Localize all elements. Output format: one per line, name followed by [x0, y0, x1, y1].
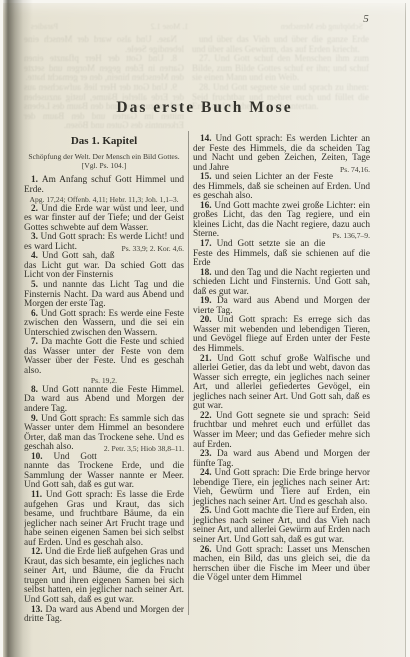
- verse-4: 4. Und Gott sah, daß das Licht gut war. …: [24, 252, 184, 281]
- verse-number: 9.: [31, 414, 41, 424]
- verse-7: 7. Da machte Gott die Feste und schied d…: [24, 338, 184, 376]
- book-title: Das erste Buch Mose: [3, 99, 406, 117]
- verse-number: 5.: [31, 280, 43, 290]
- verse-19: 19. Da ward aus Abend und Morgen der vie…: [193, 297, 370, 316]
- verse-number: 11.: [31, 490, 46, 500]
- verse-number: 23.: [200, 449, 217, 459]
- verse-5: 5. und nannte das Licht Tag und die Fins…: [24, 281, 184, 310]
- chapter-subtitle-line1: Schöpfung der Welt. Der Mensch ein Bild …: [24, 152, 184, 161]
- verse-11: 11. Und Gott sprach: Es lasse die Erde a…: [24, 491, 184, 548]
- bleedthrough-header-center: 1. Mose 1.2: [151, 22, 189, 32]
- chapter-heading: Das 1. Kapitel: [24, 135, 184, 147]
- verse-6: 6. Und Gott sprach: Es werde eine Feste …: [24, 310, 184, 339]
- verse-8: 8. Und Gott nannte die Feste Himmel. Da …: [24, 386, 184, 415]
- verse-number: 22.: [200, 411, 216, 421]
- verse-15: 15. und seien Lichter an der Feste des H…: [193, 173, 370, 202]
- page-number: 5: [359, 13, 373, 25]
- bleedthrough-header-left: Schöpfung des Menschen: [281, 22, 363, 32]
- verse-14: 14. Und Gott sprach: Es werden Lichter a…: [193, 135, 370, 173]
- verse-3: 3. Und Gott sprach: Es werde Licht! und …: [24, 233, 184, 252]
- cross-reference: Ps. 33,9; 2. Kor. 4,6.: [115, 243, 184, 254]
- verse-number: 16.: [200, 201, 214, 211]
- verse-number: 26.: [200, 545, 216, 555]
- verse-21: 21. Und Gott schuf große Walfische und a…: [193, 355, 370, 412]
- verse-number: 8.: [31, 385, 42, 395]
- bleedthrough-running-header: Schöpfung des Menschen 1. Mose 1.2 Parad…: [31, 22, 363, 32]
- verse-number: 2.: [31, 204, 41, 214]
- verse-20: 20. Und Gott sprach: Es errege sich das …: [193, 316, 370, 354]
- bleedthrough-text-right: und über das Vieh und über die ganze Erd…: [192, 35, 369, 135]
- verse-number: 19.: [200, 296, 217, 306]
- verse-24: 24. Und Gott sprach: Die Erde bringe her…: [193, 469, 370, 507]
- verse-17: 17. Und Gott setzte sie an die Feste des…: [193, 240, 370, 269]
- verse-number: 14.: [200, 134, 215, 144]
- bleedthrough-text-left: Nase. Und also ward der Mensch eine lebe…: [24, 35, 184, 132]
- verse-number: 10.: [31, 452, 53, 462]
- verse-13: 13. Da ward aus Abend und Morgen der dri…: [24, 606, 184, 625]
- verse-number: 15.: [200, 172, 215, 182]
- bleedthrough-paragraph: Nase. Und also ward der Mensch eine lebe…: [24, 35, 184, 54]
- verse-number: 21.: [200, 354, 217, 364]
- left-column: Das 1. Kapitel Schöpfung der Welt. Der M…: [24, 131, 184, 636]
- verse-number: 4.: [31, 251, 42, 261]
- verse-9: 9. Und Gott sprach: Es sammle sich das W…: [24, 415, 184, 453]
- verse-2: 2. Und die Erde war wüst und leer, und e…: [24, 205, 184, 234]
- chapter-subtitle: Schöpfung der Welt. Der Mensch ein Bild …: [24, 152, 184, 170]
- right-column: 14. Und Gott sprach: Es werden Lichter a…: [193, 131, 370, 636]
- verse-1: 1. Am Anfang schuf Gott Himmel und Erde.: [24, 176, 184, 195]
- verse-25: 25. Und Gott machte die Tiere auf Erden,…: [193, 507, 370, 545]
- verses-right: 14. Und Gott sprach: Es werden Lichter a…: [193, 135, 370, 584]
- verse-number: 3.: [31, 232, 41, 242]
- verse-26: 26. Und Gott sprach: Lasset uns Menschen…: [193, 546, 370, 584]
- verse-number: 18.: [200, 268, 214, 278]
- cross-reference: 2. Petr. 3,5; Hiob 38,8–11.: [97, 443, 184, 454]
- verse-16: 16. Und Gott machte zwei große Lichter: …: [193, 202, 370, 240]
- verse-10: 10. Und Gott nannte das Trockene Erde, u…: [24, 453, 184, 491]
- verse-number: 17.: [200, 239, 217, 249]
- scanned-bible-page: Schöpfung des Menschen 1. Mose 1.2 Parad…: [0, 0, 410, 657]
- cross-reference: Ps. 136,7–9.: [325, 230, 370, 241]
- bleedthrough-paragraph: 27. Und Gott schuf den Menschen ihm zum …: [192, 54, 369, 83]
- verses-left: 1. Am Anfang schuf Gott Himmel und Erde.…: [24, 176, 184, 625]
- bleedthrough-header-right: Paradies: [31, 22, 58, 32]
- verse-18: 18. und den Tag und die Nacht regierten …: [193, 269, 370, 298]
- bleedthrough-paragraph: und über das Vieh und über die ganze Erd…: [192, 35, 369, 54]
- text-columns: Das 1. Kapitel Schöpfung der Welt. Der M…: [24, 131, 372, 636]
- chapter-subtitle-line2: [Vgl. Ps. 104.]: [24, 161, 184, 170]
- cross-reference: Ps. 74,16.: [333, 164, 370, 175]
- verse-number: 12.: [31, 547, 45, 557]
- verse-number: 20.: [200, 315, 217, 325]
- verse-number: 1.: [31, 175, 42, 185]
- verse-12: 12. Und die Erde ließ aufgehen Gras und …: [24, 548, 184, 605]
- verse-number: 25.: [200, 506, 214, 516]
- verse-22: 22. Und Gott segnete sie und sprach: Sei…: [193, 412, 370, 450]
- bleedthrough-paragraph: 8. Und Gott der Herr pflanzte einen Gart…: [24, 54, 184, 83]
- verse-number: 6.: [31, 309, 41, 319]
- verse-number: 7.: [31, 337, 41, 347]
- verse-23: 23. Da ward aus Abend und Morgen der fün…: [193, 450, 370, 469]
- page-paper: Schöpfung des Menschen 1. Mose 1.2 Parad…: [3, 3, 406, 657]
- verse-number: 13.: [31, 605, 46, 615]
- column-divider: [188, 131, 189, 615]
- verse-number: 24.: [200, 468, 214, 478]
